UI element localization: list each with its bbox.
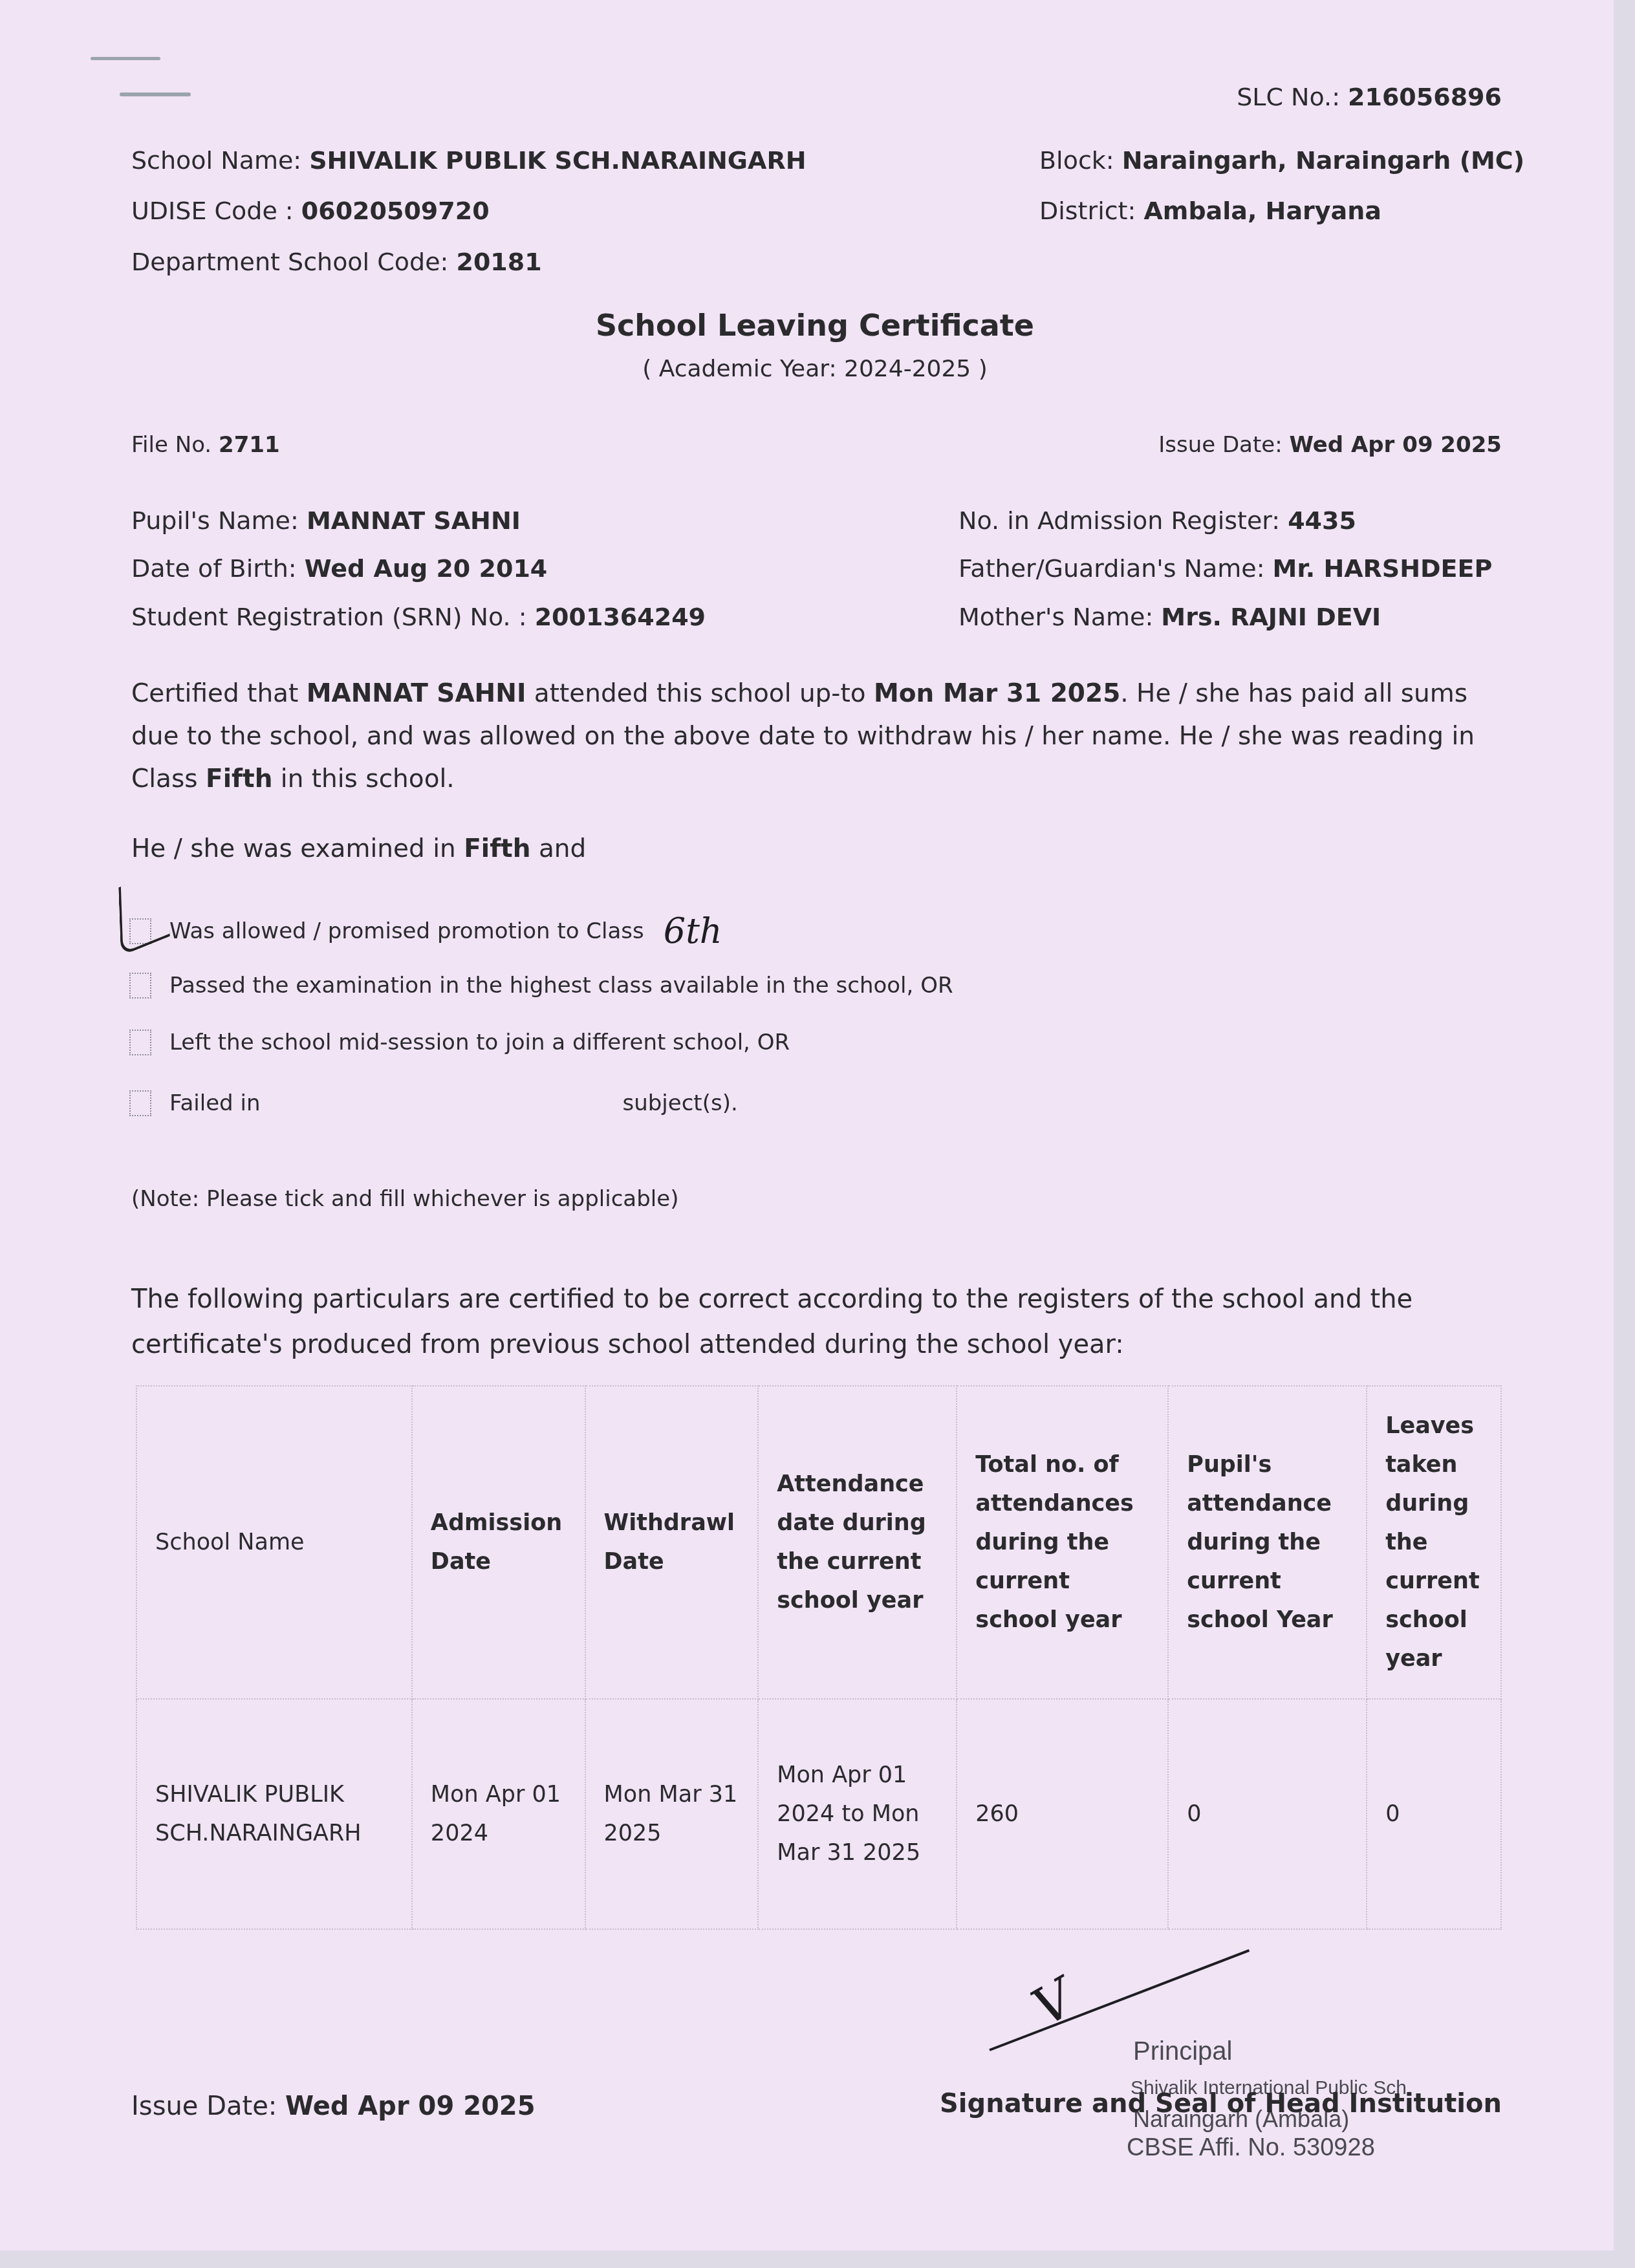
mother-name: Mother's Name: Mrs. RAJNI DEVI — [958, 603, 1381, 631]
stamp-title: Principal — [1133, 2037, 1232, 2066]
option-left-mid-session: Left the school mid-session to join a di… — [129, 1030, 790, 1055]
admission-register-number-value: 4435 — [1288, 506, 1356, 535]
signature-stroke — [989, 1949, 1250, 2051]
option-passed-highest-class: Passed the examination in the highest cl… — [129, 973, 953, 999]
cell-total-attendances: 260 — [957, 1699, 1168, 1929]
left-mid-session-checkbox[interactable] — [129, 1030, 151, 1055]
file-number: File No. 2711 — [131, 432, 280, 458]
srn-number-value: 2001364249 — [535, 603, 706, 631]
slc-number-value: 216056896 — [1348, 83, 1502, 111]
table-row: SHIVALIK PUBLIK SCH.NARAINGARH Mon Apr 0… — [136, 1699, 1501, 1929]
reading-class: Fifth — [206, 764, 272, 794]
file-number-value: 2711 — [219, 432, 280, 458]
pupil-name: Pupil's Name: MANNAT SAHNI — [131, 506, 521, 535]
cell-attendance-date: Mon Apr 01 2024 to Mon Mar 31 2025 — [758, 1699, 957, 1929]
promotion-checkbox[interactable] — [129, 918, 151, 944]
staple-icon — [91, 57, 160, 60]
srn-number: Student Registration (SRN) No. : 2001364… — [131, 603, 706, 631]
mother-name-value: Mrs. RAJNI DEVI — [1161, 603, 1381, 631]
issue-date-bottom: Issue Date: Wed Apr 09 2025 — [131, 2091, 536, 2121]
date-of-birth: Date of Birth: Wed Aug 20 2014 — [131, 554, 547, 583]
signature-mark-icon: V — [1023, 1967, 1085, 2038]
cell-admission-date: Mon Apr 01 2024 — [412, 1699, 585, 1929]
certificate-page: SLC No.: 216056896 School Name: SHIVALIK… — [0, 0, 1614, 2251]
header-school-name: School Name — [136, 1386, 412, 1699]
cell-leaves-taken: 0 — [1367, 1699, 1501, 1929]
stamp-affiliation: CBSE Affi. No. 530928 — [1127, 2134, 1375, 2162]
promotion-class-handwritten: 6th — [664, 911, 722, 951]
udise-code-value: 06020509720 — [301, 197, 490, 225]
father-name-value: Mr. HARSHDEEP — [1273, 554, 1493, 583]
school-name: School Name: SHIVALIK PUBLIK SCH.NARAING… — [131, 146, 807, 175]
admission-register-number: No. in Admission Register: 4435 — [958, 506, 1356, 535]
header-leaves-taken: Leaves taken during the current school y… — [1367, 1386, 1501, 1699]
staple-icon — [120, 92, 191, 96]
examined-statement: He / she was examined in Fifth and — [131, 828, 1515, 870]
school-name-value: SHIVALIK PUBLIK SCH.NARAINGARH — [309, 146, 806, 175]
udise-code: UDISE Code : 06020509720 — [131, 197, 490, 225]
certification-paragraph: Certified that MANNAT SAHNI attended thi… — [131, 673, 1515, 801]
district-value: Ambala, Haryana — [1143, 197, 1381, 225]
issue-date-top-value: Wed Apr 09 2025 — [1289, 432, 1502, 458]
header-withdrawl-date: Withdrawl Date — [585, 1386, 759, 1699]
father-name: Father/Guardian's Name: Mr. HARSHDEEP — [958, 554, 1492, 583]
signature-label: Signature and Seal of Head Institution — [940, 2089, 1502, 2119]
attended-upto-date: Mon Mar 31 2025 — [874, 679, 1120, 708]
certified-pupil-name: MANNAT SAHNI — [307, 679, 526, 708]
note: (Note: Please tick and fill whichever is… — [131, 1186, 678, 1212]
particulars-intro: The following particulars are certified … — [131, 1277, 1425, 1367]
table-header-row: School Name Admission Date Withdrawl Dat… — [136, 1386, 1501, 1699]
pupil-name-value: MANNAT SAHNI — [307, 506, 521, 535]
department-school-code-value: 20181 — [456, 248, 541, 276]
passed-highest-class-checkbox[interactable] — [129, 973, 151, 999]
district: District: Ambala, Haryana — [1039, 197, 1381, 225]
slc-number: SLC No.: 216056896 — [1237, 83, 1502, 111]
academic-year: ( Academic Year: 2024-2025 ) — [0, 356, 1630, 382]
cell-school-name: SHIVALIK PUBLIK SCH.NARAINGARH — [136, 1699, 412, 1929]
date-of-birth-value: Wed Aug 20 2014 — [305, 554, 548, 583]
header-total-attendances: Total no. of attendances during the curr… — [957, 1386, 1168, 1699]
block-value: Naraingarh, Naraingarh (MC) — [1122, 146, 1524, 175]
block: Block: Naraingarh, Naraingarh (MC) — [1039, 146, 1524, 175]
failed-checkbox[interactable] — [129, 1090, 151, 1116]
page-title: School Leaving Certificate — [0, 308, 1630, 343]
header-admission-date: Admission Date — [412, 1386, 585, 1699]
option-failed: Failed in subject(s). — [129, 1090, 738, 1116]
header-pupil-attendance: Pupil's attendance during the current sc… — [1168, 1386, 1367, 1699]
examined-class: Fifth — [464, 834, 530, 863]
cell-withdrawl-date: Mon Mar 31 2025 — [585, 1699, 759, 1929]
issue-date-bottom-value: Wed Apr 09 2025 — [285, 2091, 536, 2121]
header-attendance-date: Attendance date during the current schoo… — [758, 1386, 957, 1699]
particulars-table: School Name Admission Date Withdrawl Dat… — [136, 1385, 1502, 1930]
department-school-code: Department School Code: 20181 — [131, 248, 542, 276]
option-promotion: Was allowed / promised promotion to Clas… — [129, 911, 722, 951]
issue-date-top: Issue Date: Wed Apr 09 2025 — [1158, 432, 1502, 458]
cell-pupil-attendance: 0 — [1168, 1699, 1367, 1929]
